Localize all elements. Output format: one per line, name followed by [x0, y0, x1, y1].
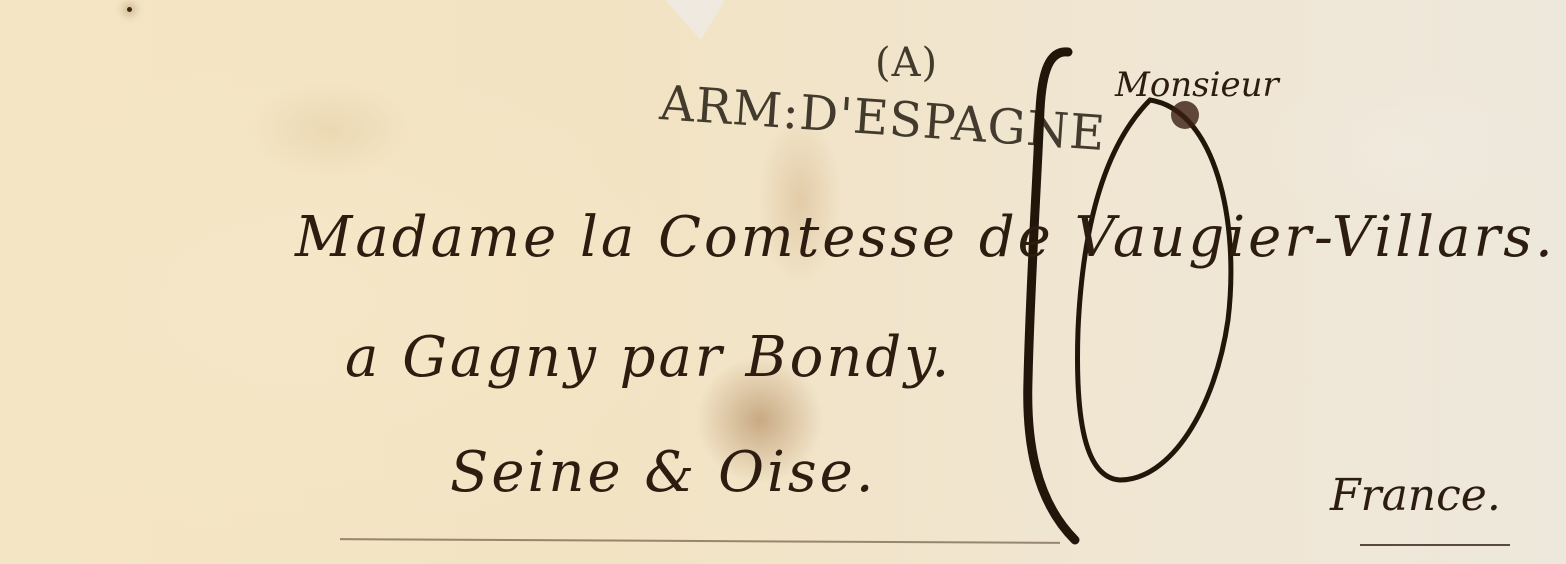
address-line-2: a Gagny par Bondy.	[345, 325, 952, 390]
address-line-1: Madame la Comtesse de Vaugier-Villars.	[295, 205, 1556, 270]
address-line-3: Seine & Oise.	[450, 440, 877, 505]
destination-country: France.	[1330, 470, 1501, 521]
corner-note: Monsieur	[1115, 65, 1279, 105]
country-underline	[1360, 544, 1510, 546]
